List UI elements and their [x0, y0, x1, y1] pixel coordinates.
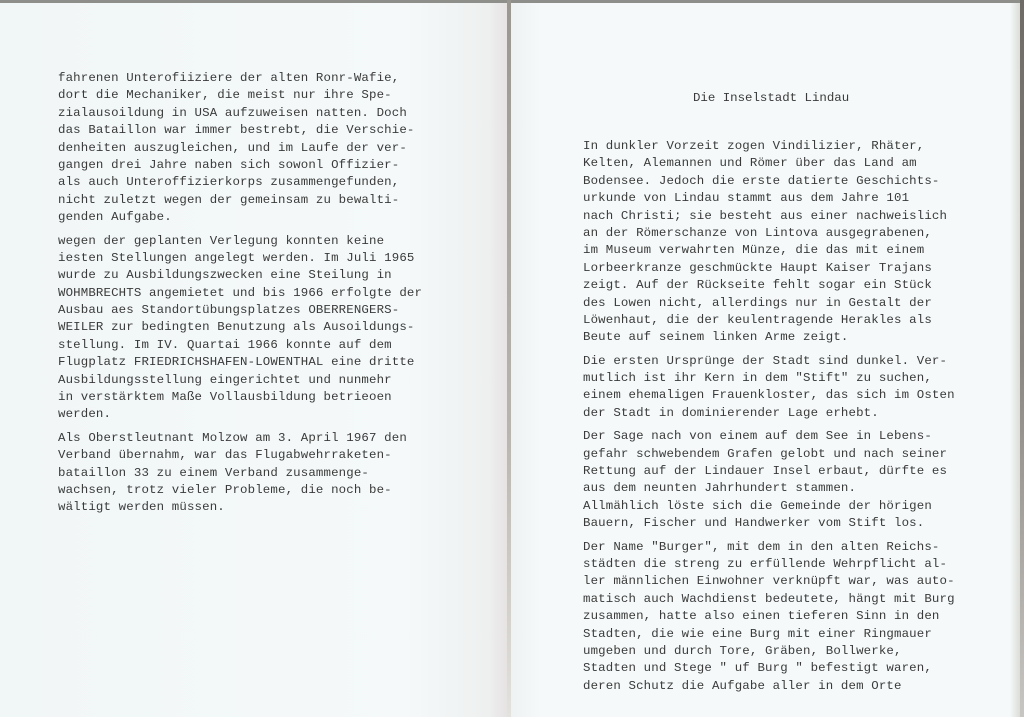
text-line: dort die Mechaniker, die meist nur ihre …	[58, 87, 422, 104]
page-title: Die Inselstadt Lindau	[693, 91, 849, 105]
text-line: zusammen, hatte also einen tieferen Sinn…	[583, 608, 955, 625]
text-line: In dunkler Vorzeit zogen Vindilizier, Rh…	[583, 138, 955, 155]
text-line: einem ehemaligen Frauenkloster, das sich…	[583, 387, 955, 404]
text-line: des Lowen nicht, allerdings nur in Gesta…	[583, 295, 955, 312]
text-line: als auch Unteroffizierkorps zusammengefu…	[58, 174, 422, 191]
text-line: denheiten auszugleichen, und im Laufe de…	[58, 140, 422, 157]
text-line: Rettung auf der Lindauer Insel erbaut, d…	[583, 463, 955, 480]
text-line: nach Christi; sie besteht aus einer nach…	[583, 208, 955, 225]
text-line: werden.	[58, 406, 422, 423]
text-line: Stadten und Stege " uf Burg " befestigt …	[583, 660, 955, 677]
text-line: ler männlichen Einwohner verknüpft war, …	[583, 573, 955, 590]
paragraph: Als Oberstleutnant Molzow am 3. April 19…	[58, 430, 422, 517]
text-line: gefahr schwebendem Grafen gelobt und nac…	[583, 446, 955, 463]
text-line: wachsen, trotz vieler Probleme, die noch…	[58, 482, 422, 499]
text-line: zeigt. Auf der Rückseite fehlt sogar ein…	[583, 277, 955, 294]
text-line: mutlich ist ihr Kern in dem "Stift" zu s…	[583, 370, 955, 387]
paragraph: fahrenen Unterofiiziere der alten Ronr-W…	[58, 70, 422, 227]
text-line: zialausoildung in USA aufzuweisen natten…	[58, 105, 422, 122]
paragraph: Der Sage nach von einem auf dem See in L…	[583, 428, 955, 532]
text-line: Lorbeerkranze geschmückte Haupt Kaiser T…	[583, 260, 955, 277]
paragraph: wegen der geplanten Verlegung konnten ke…	[58, 233, 422, 424]
text-line: das Bataillon war immer bestrebt, die Ve…	[58, 122, 422, 139]
text-line: stellung. Im IV. Quartai 1966 konnte auf…	[58, 337, 422, 354]
text-line: Ausbau aes Standortübungsplatzes OBERREN…	[58, 302, 422, 319]
text-line: Flugplatz FRIEDRICHSHAFEN-LOWENTHAL eine…	[58, 354, 422, 371]
text-line: wältigt werden müssen.	[58, 499, 422, 516]
text-line: städten die streng zu erfüllende Wehrpfl…	[583, 556, 955, 573]
text-line: Beute auf seinem linken Arme zeigt.	[583, 329, 955, 346]
text-line: im Museum verwahrten Münze, die das mit …	[583, 242, 955, 259]
text-line: iesten Stellungen angelegt werden. Im Ju…	[58, 250, 422, 267]
text-line: Bauern, Fischer und Handwerker vom Stift…	[583, 515, 955, 532]
text-line: Ausbildungsstellung eingerichtet und nun…	[58, 372, 422, 389]
text-line: WEILER zur bedingten Benutzung als Ausoi…	[58, 319, 422, 336]
scan-right-edge	[1020, 0, 1024, 717]
text-line: deren Schutz die Aufgabe aller in dem Or…	[583, 678, 955, 695]
text-line: Als Oberstleutnant Molzow am 3. April 19…	[58, 430, 422, 447]
paragraph: Der Name "Burger", mit dem in den alten …	[583, 539, 955, 696]
text-line: Der Sage nach von einem auf dem See in L…	[583, 428, 955, 445]
paragraph: In dunkler Vorzeit zogen Vindilizier, Rh…	[583, 138, 955, 347]
left-page-text: fahrenen Unterofiiziere der alten Ronr-W…	[58, 70, 422, 523]
text-line: Verband übernahm, war das Flugabwehrrake…	[58, 447, 422, 464]
text-line: bataillon 33 zu einem Verband zusammenge…	[58, 465, 422, 482]
text-line: fahrenen Unterofiiziere der alten Ronr-W…	[58, 70, 422, 87]
text-line: Bodensee. Jedoch die erste datierte Gesc…	[583, 173, 955, 190]
text-line: Kelten, Alemannen und Römer über das Lan…	[583, 155, 955, 172]
text-line: genden Aufgabe.	[58, 209, 422, 226]
text-line: Der Name "Burger", mit dem in den alten …	[583, 539, 955, 556]
text-line: gangen drei Jahre naben sich sowonl Offi…	[58, 157, 422, 174]
text-line: urkunde von Lindau stammt aus dem Jahre …	[583, 190, 955, 207]
text-line: WOHMBRECHTS angemietet und bis 1966 erfo…	[58, 285, 422, 302]
text-line: nicht zuletzt wegen der gemeinsam zu bew…	[58, 192, 422, 209]
text-line: aus dem neunten Jahrhundert stammen.	[583, 480, 955, 497]
right-page-text: In dunkler Vorzeit zogen Vindilizier, Rh…	[583, 138, 955, 701]
text-line: der Stadt in dominierender Lage erhebt.	[583, 405, 955, 422]
paragraph: Die ersten Ursprünge der Stadt sind dunk…	[583, 353, 955, 423]
text-line: wurde zu Ausbildungszwecken eine Steilun…	[58, 267, 422, 284]
text-line: umgeben und durch Tore, Gräben, Bollwerk…	[583, 643, 955, 660]
text-line: Löwenhaut, die der keulentragende Herakl…	[583, 312, 955, 329]
text-line: wegen der geplanten Verlegung konnten ke…	[58, 233, 422, 250]
text-line: Stadten, die wie eine Burg mit einer Rin…	[583, 626, 955, 643]
text-line: Die ersten Ursprünge der Stadt sind dunk…	[583, 353, 955, 370]
text-line: an der Römerschanze von Lintova ausgegra…	[583, 225, 955, 242]
text-line: in verstärktem Maße Vollausbildung betri…	[58, 389, 422, 406]
text-line: Allmählich löste sich die Gemeinde der h…	[583, 498, 955, 515]
book-spine	[507, 0, 511, 717]
text-line: matisch auch Wachdienst bedeutete, hängt…	[583, 591, 955, 608]
